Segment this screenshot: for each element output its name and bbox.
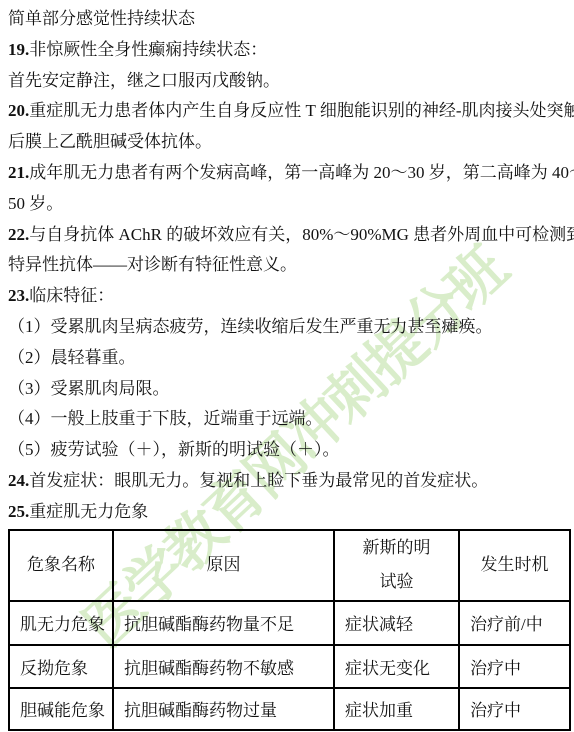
line-text: 首先安定静注，继之口服丙戊酸钠。	[8, 71, 280, 90]
crisis-table-header-cell: 新斯的明 试验	[334, 530, 459, 601]
line-number: 25.	[8, 502, 29, 521]
line-text: 50 岁。	[8, 194, 63, 213]
crisis-table-header-cell: 危象名称	[9, 530, 113, 601]
line-text: 与自身抗体 AChR 的破坏效应有关，80%～90%MG 患者外周血中可检测到 …	[29, 225, 574, 244]
line-number: 22.	[8, 225, 29, 244]
line-text: （1）受累肌肉呈病态疲劳，连续收缩后发生严重无力甚至瘫痪。	[8, 317, 493, 336]
study-notes-page: 医学教育网冲刺提分班 简单部分感觉性持续状态 19.非惊厥性全身性癫痫持续状态：…	[0, 0, 574, 732]
crisis-table-header-row: 危象名称 原因 新斯的明 试验 发生时机	[9, 530, 570, 601]
table-row: 反拗危象 抗胆碱酯酶药物不敏感 症状无变化 治疗中	[9, 645, 570, 688]
line-text: 重症肌无力危象	[29, 502, 148, 521]
notes-line: 50 岁。	[8, 189, 574, 220]
line-number: 20.	[8, 101, 29, 120]
notes-line: （4）一般上肢重于下肢，近端重于远端。	[8, 404, 574, 435]
line-text: （4）一般上肢重于下肢，近端重于远端。	[8, 409, 323, 428]
line-text: （5）疲劳试验（＋），新斯的明试验（＋）。	[8, 440, 340, 459]
line-number: 23.	[8, 286, 29, 305]
line-text: 成年肌无力患者有两个发病高峰，第一高峰为 20～30 岁，第二高峰为 40～	[29, 163, 574, 182]
line-text: 临床特征：	[29, 286, 114, 305]
table-cell: 治疗前/中	[459, 601, 570, 645]
table-cell: 治疗中	[459, 645, 570, 688]
line-text: 后膜上乙酰胆碱受体抗体。	[8, 132, 212, 151]
notes-line: 简单部分感觉性持续状态	[8, 4, 574, 35]
table-cell: 症状加重	[334, 688, 459, 730]
line-number: 24.	[8, 471, 29, 490]
notes-line: 21.成年肌无力患者有两个发病高峰，第一高峰为 20～30 岁，第二高峰为 40…	[8, 158, 574, 189]
table-row: 肌无力危象 抗胆碱酯酶药物量不足 症状减轻 治疗前/中	[9, 601, 570, 645]
line-text: （3）受累肌肉局限。	[8, 379, 170, 398]
notes-line: 19.非惊厥性全身性癫痫持续状态：	[8, 35, 574, 66]
notes-line: （5）疲劳试验（＋），新斯的明试验（＋）。	[8, 435, 574, 466]
notes-line: 20.重症肌无力患者体内产生自身反应性 T 细胞能识别的神经-肌肉接头处突触	[8, 96, 574, 127]
notes-line: 特异性抗体——对诊断有特征性意义。	[8, 250, 574, 281]
notes-content: 简单部分感觉性持续状态 19.非惊厥性全身性癫痫持续状态： 首先安定静注，继之口…	[0, 0, 574, 732]
notes-line: （1）受累肌肉呈病态疲劳，连续收缩后发生严重无力甚至瘫痪。	[8, 312, 574, 343]
line-text: 非惊厥性全身性癫痫持续状态：	[29, 40, 267, 59]
table-cell: 胆碱能危象	[9, 688, 113, 730]
line-text: 简单部分感觉性持续状态	[8, 9, 195, 28]
line-text: 首发症状：眼肌无力。复视和上睑下垂为最常见的首发症状。	[29, 471, 488, 490]
line-text: 重症肌无力患者体内产生自身反应性 T 细胞能识别的神经-肌肉接头处突触	[29, 101, 574, 120]
line-text: （2）晨轻暮重。	[8, 348, 136, 367]
table-cell: 抗胆碱酯酶药物量不足	[113, 601, 334, 645]
crisis-table-header-cell: 原因	[113, 530, 334, 601]
notes-line: （2）晨轻暮重。	[8, 343, 574, 374]
line-text: 特异性抗体——对诊断有特征性意义。	[8, 255, 297, 274]
table-cell: 治疗中	[459, 688, 570, 730]
table-cell: 症状减轻	[334, 601, 459, 645]
table-cell: 抗胆碱酯酶药物过量	[113, 688, 334, 730]
line-number: 21.	[8, 163, 29, 182]
notes-line: 25.重症肌无力危象	[8, 497, 574, 528]
notes-line: 首先安定静注，继之口服丙戊酸钠。	[8, 66, 574, 97]
notes-line: （3）受累肌肉局限。	[8, 374, 574, 405]
table-row: 胆碱能危象 抗胆碱酯酶药物过量 症状加重 治疗中	[9, 688, 570, 730]
notes-line: 后膜上乙酰胆碱受体抗体。	[8, 127, 574, 158]
notes-line: 22.与自身抗体 AChR 的破坏效应有关，80%～90%MG 患者外周血中可检…	[8, 220, 574, 251]
notes-line: 24.首发症状：眼肌无力。复视和上睑下垂为最常见的首发症状。	[8, 466, 574, 497]
table-cell: 反拗危象	[9, 645, 113, 688]
notes-line: 23.临床特征：	[8, 281, 574, 312]
table-cell: 抗胆碱酯酶药物不敏感	[113, 645, 334, 688]
line-number: 19.	[8, 40, 29, 59]
table-cell: 症状无变化	[334, 645, 459, 688]
crisis-table-header-cell: 发生时机	[459, 530, 570, 601]
table-cell: 肌无力危象	[9, 601, 113, 645]
crisis-table: 危象名称 原因 新斯的明 试验 发生时机 肌无力危象 抗胆碱酯酶药物量不足 症状…	[8, 529, 571, 731]
